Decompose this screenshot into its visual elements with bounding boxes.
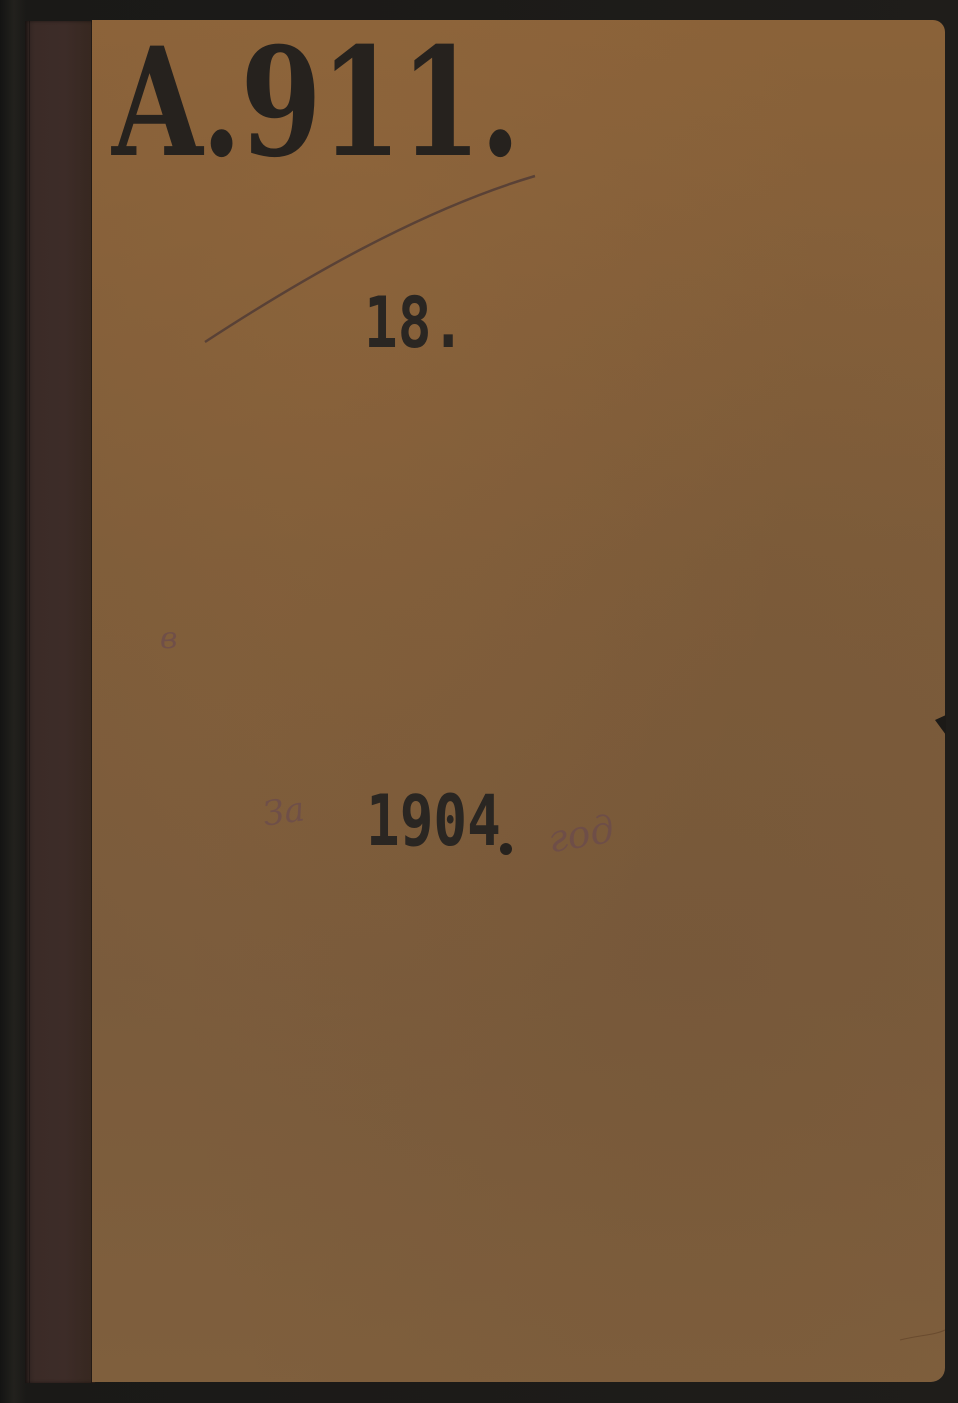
margin-pencil-mark: в bbox=[160, 624, 177, 654]
handwritten-suffix: год bbox=[545, 810, 617, 859]
pencil-stroke bbox=[0, 0, 958, 1403]
year-stamp: 1904 bbox=[366, 786, 501, 856]
year-stamp-period bbox=[500, 843, 512, 855]
file-number-stamp: 18. bbox=[364, 288, 465, 358]
handwritten-prefix: За bbox=[261, 792, 307, 831]
